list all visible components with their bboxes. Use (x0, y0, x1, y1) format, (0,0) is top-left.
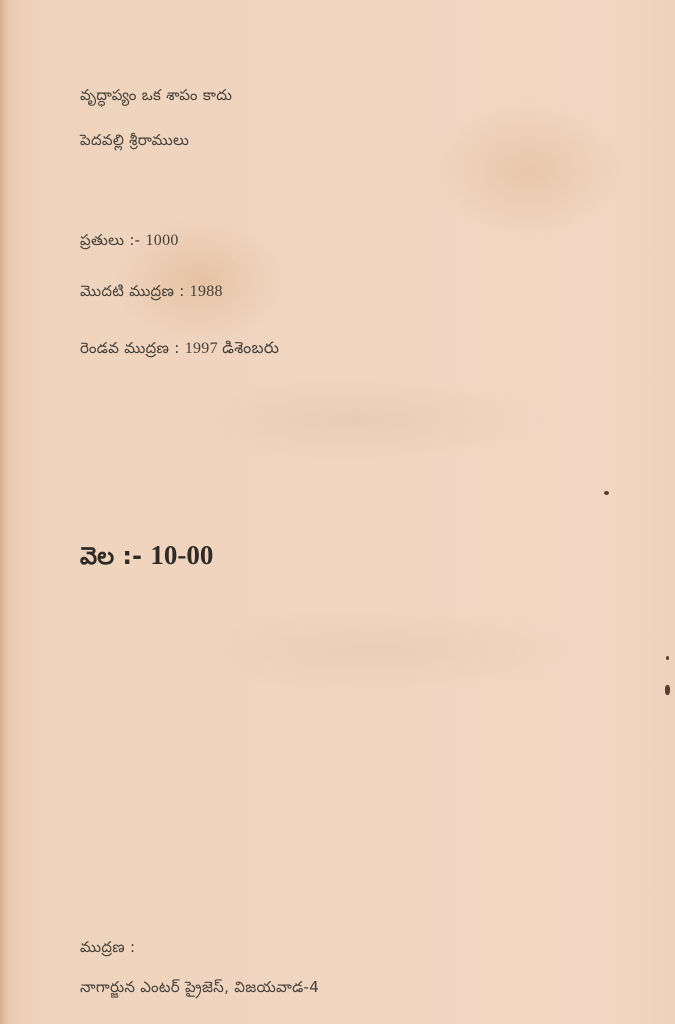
book-title: వృద్ధాప్యం ఒక శాపం కాదు (80, 86, 232, 108)
first-edition-value: 1988 (190, 283, 223, 300)
paper-stain (666, 656, 669, 660)
paper-stain (604, 491, 609, 495)
second-edition-value: 1997 డిశెంబరు (185, 340, 279, 357)
second-edition-line: రెండవ ముద్రణ : 1997 డిశెంబరు (80, 339, 279, 361)
price-value: 10-00 (150, 540, 213, 570)
copies-line: ప్రతులు :- 1000 (80, 231, 179, 253)
second-edition-label: రెండవ ముద్రణ : (80, 339, 180, 357)
copies-value: 1000 (145, 232, 178, 249)
price-label: వెల :- (80, 542, 142, 570)
price-line: వెల :- 10-00 (80, 540, 213, 576)
book-author: పెదవల్లి శ్రీరాములు (80, 131, 189, 153)
copies-label: ప్రతులు :- (80, 231, 140, 249)
book-imprint-page: వృద్ధాప్యం ఒక శాపం కాదు పెదవల్లి శ్రీరామ… (0, 0, 675, 1024)
page-spine-edge (0, 0, 10, 1024)
paper-stain (665, 685, 670, 695)
first-edition-label: మొదటి ముద్రణ : (80, 282, 185, 300)
first-edition-line: మొదటి ముద్రణ : 1988 (80, 282, 223, 304)
printer-label: ముద్రణ : (80, 938, 135, 960)
printer-name: నాగార్జున ఎంటర్ ప్రైజెస్, విజయవాడ-4 (80, 978, 319, 1000)
